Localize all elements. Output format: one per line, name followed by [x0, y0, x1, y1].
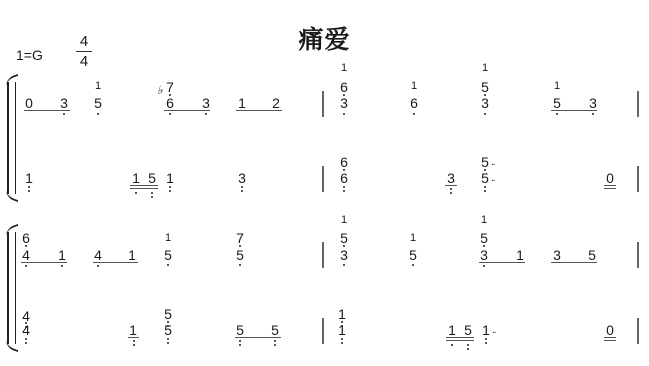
time-signature: 4 4	[76, 33, 92, 70]
note: 5	[479, 231, 489, 245]
beam-underline	[446, 337, 474, 338]
note: 1	[337, 307, 347, 321]
octave-dot-below	[484, 113, 486, 115]
octave-dot-below	[274, 340, 276, 342]
note: 3	[552, 248, 562, 262]
rest: 0	[605, 171, 615, 185]
note: 1	[237, 96, 247, 110]
note: 5	[339, 231, 349, 245]
note: 1	[480, 63, 490, 74]
note: 1	[481, 323, 491, 337]
octave-dot-below	[341, 342, 343, 344]
beam-underline	[235, 337, 281, 338]
beam-underline	[130, 185, 158, 186]
octave-dot-below	[133, 344, 135, 346]
beam-underline	[236, 110, 282, 111]
octave-dot-below	[151, 192, 153, 194]
beam-underline	[446, 340, 474, 341]
octave-dot-below	[412, 264, 414, 266]
note: 5	[270, 323, 280, 337]
barline	[322, 318, 324, 344]
octave-dot-below	[451, 344, 453, 346]
beam-underline	[93, 262, 138, 263]
barline	[322, 242, 324, 268]
system-brace-2	[7, 232, 16, 344]
octave-dot-below	[343, 113, 345, 115]
barline	[637, 166, 639, 192]
note: 3	[59, 96, 69, 110]
note: 3	[201, 96, 211, 110]
beam-underline	[551, 262, 597, 263]
note: 1	[165, 171, 175, 185]
note: 1	[409, 81, 419, 92]
note: 5	[480, 171, 490, 185]
octave-dot-below	[450, 192, 452, 194]
note: 4	[21, 323, 31, 337]
note: 3	[339, 96, 349, 110]
beam-underline	[479, 262, 525, 263]
note: 5	[163, 307, 173, 321]
octave-dot-below	[25, 342, 27, 344]
octave-dot-below	[151, 196, 153, 198]
octave-dot-below	[25, 338, 27, 340]
beam-underline	[128, 337, 139, 338]
note: 1	[337, 323, 347, 337]
note: 5	[463, 323, 473, 337]
augmentation-dots: ..	[491, 157, 495, 168]
note: 5	[552, 96, 562, 110]
barline	[637, 91, 639, 117]
octave-dot-below	[169, 113, 171, 115]
beam-underline	[164, 110, 210, 111]
octave-dot-below	[467, 348, 469, 350]
octave-dot-below	[239, 344, 241, 346]
octave-dot-below	[413, 113, 415, 115]
beam-underline	[24, 110, 70, 111]
note: 5	[163, 248, 173, 262]
note: 1	[339, 215, 349, 226]
octave-dot-below	[239, 340, 241, 342]
key-signature: 1=G	[16, 47, 43, 63]
note: 1	[163, 233, 173, 244]
octave-dot-below	[97, 113, 99, 115]
note: 1	[127, 248, 137, 262]
beam-underline	[21, 262, 67, 263]
octave-dot-below	[28, 190, 30, 192]
note: 6	[21, 231, 31, 245]
note: 7	[235, 231, 245, 245]
note: 5	[480, 80, 490, 94]
system-brace-1	[7, 82, 16, 194]
octave-dot-below	[97, 265, 99, 267]
octave-dot-below	[28, 186, 30, 188]
rest: 0	[605, 323, 615, 337]
note: 5	[408, 248, 418, 262]
note: 1	[447, 323, 457, 337]
note: 6	[165, 96, 175, 110]
note: 3	[446, 171, 456, 185]
octave-dot-below	[343, 190, 345, 192]
octave-dot-below	[169, 186, 171, 188]
octave-dot-below	[61, 265, 63, 267]
time-numerator: 4	[76, 33, 92, 50]
note: 1	[479, 215, 489, 226]
octave-dot-below	[483, 265, 485, 267]
barline	[637, 318, 639, 344]
octave-dot-below	[343, 186, 345, 188]
score-title: 痛爱	[0, 20, 649, 56]
note: 5	[93, 96, 103, 110]
note: 3	[480, 96, 490, 110]
note: 1	[408, 233, 418, 244]
note: 1	[128, 323, 138, 337]
note: 6	[339, 155, 349, 169]
note: 3	[339, 248, 349, 262]
beam-underline	[604, 188, 616, 189]
octave-dot-below	[63, 113, 65, 115]
octave-dot-below	[135, 192, 137, 194]
note: 5	[235, 248, 245, 262]
octave-dot-below	[484, 186, 486, 188]
octave-dot-below	[556, 113, 558, 115]
beam-underline	[551, 110, 597, 111]
note: 2	[271, 96, 281, 110]
augmentation-dots: ..	[491, 173, 495, 184]
note: 5	[235, 323, 245, 337]
note: 1	[131, 171, 141, 185]
octave-dot-below	[167, 264, 169, 266]
beam-underline	[604, 185, 616, 186]
time-signature-divider	[76, 51, 92, 52]
note: 4	[21, 309, 31, 323]
octave-dot-below	[241, 186, 243, 188]
note: 5	[147, 171, 157, 185]
beam-underline	[130, 188, 158, 189]
note: 4	[21, 248, 31, 262]
octave-dot-below	[167, 342, 169, 344]
octave-dot-below	[167, 338, 169, 340]
octave-dot-below	[450, 188, 452, 190]
note: 3	[588, 96, 598, 110]
note: 5	[480, 155, 490, 169]
beam-underline	[604, 337, 616, 338]
octave-dot-below	[343, 264, 345, 266]
note: 4	[93, 248, 103, 262]
note: 1	[93, 81, 103, 92]
note: 1	[339, 63, 349, 74]
barline	[637, 242, 639, 268]
note: 1	[552, 81, 562, 92]
octave-dot-below	[592, 113, 594, 115]
note: 1	[515, 248, 525, 262]
augmentation-dots: ..	[492, 325, 496, 336]
octave-dot-below	[341, 338, 343, 340]
flat-accidental: ♭	[157, 83, 163, 97]
note: 6	[339, 80, 349, 94]
barline	[322, 166, 324, 192]
note: 6	[409, 96, 419, 110]
note: 3	[479, 248, 489, 262]
octave-dot-below	[485, 338, 487, 340]
note: 7	[165, 80, 175, 94]
beam-underline	[604, 340, 616, 341]
octave-dot-below	[241, 190, 243, 192]
note: 6	[339, 171, 349, 185]
octave-dot-below	[205, 113, 207, 115]
note: 1	[57, 248, 67, 262]
octave-dot-below	[169, 190, 171, 192]
octave-dot-below	[485, 342, 487, 344]
octave-dot-below	[25, 265, 27, 267]
time-denominator: 4	[76, 53, 92, 70]
barline	[322, 91, 324, 117]
note: 3	[237, 171, 247, 185]
octave-dot-below	[274, 344, 276, 346]
note: 0	[24, 96, 34, 110]
note: 1	[24, 171, 34, 185]
octave-dot-below	[239, 264, 241, 266]
note: 5	[587, 248, 597, 262]
octave-dot-below	[484, 190, 486, 192]
beam-underline	[445, 185, 457, 186]
octave-dot-below	[467, 344, 469, 346]
note: 5	[163, 323, 173, 337]
octave-dot-below	[133, 340, 135, 342]
